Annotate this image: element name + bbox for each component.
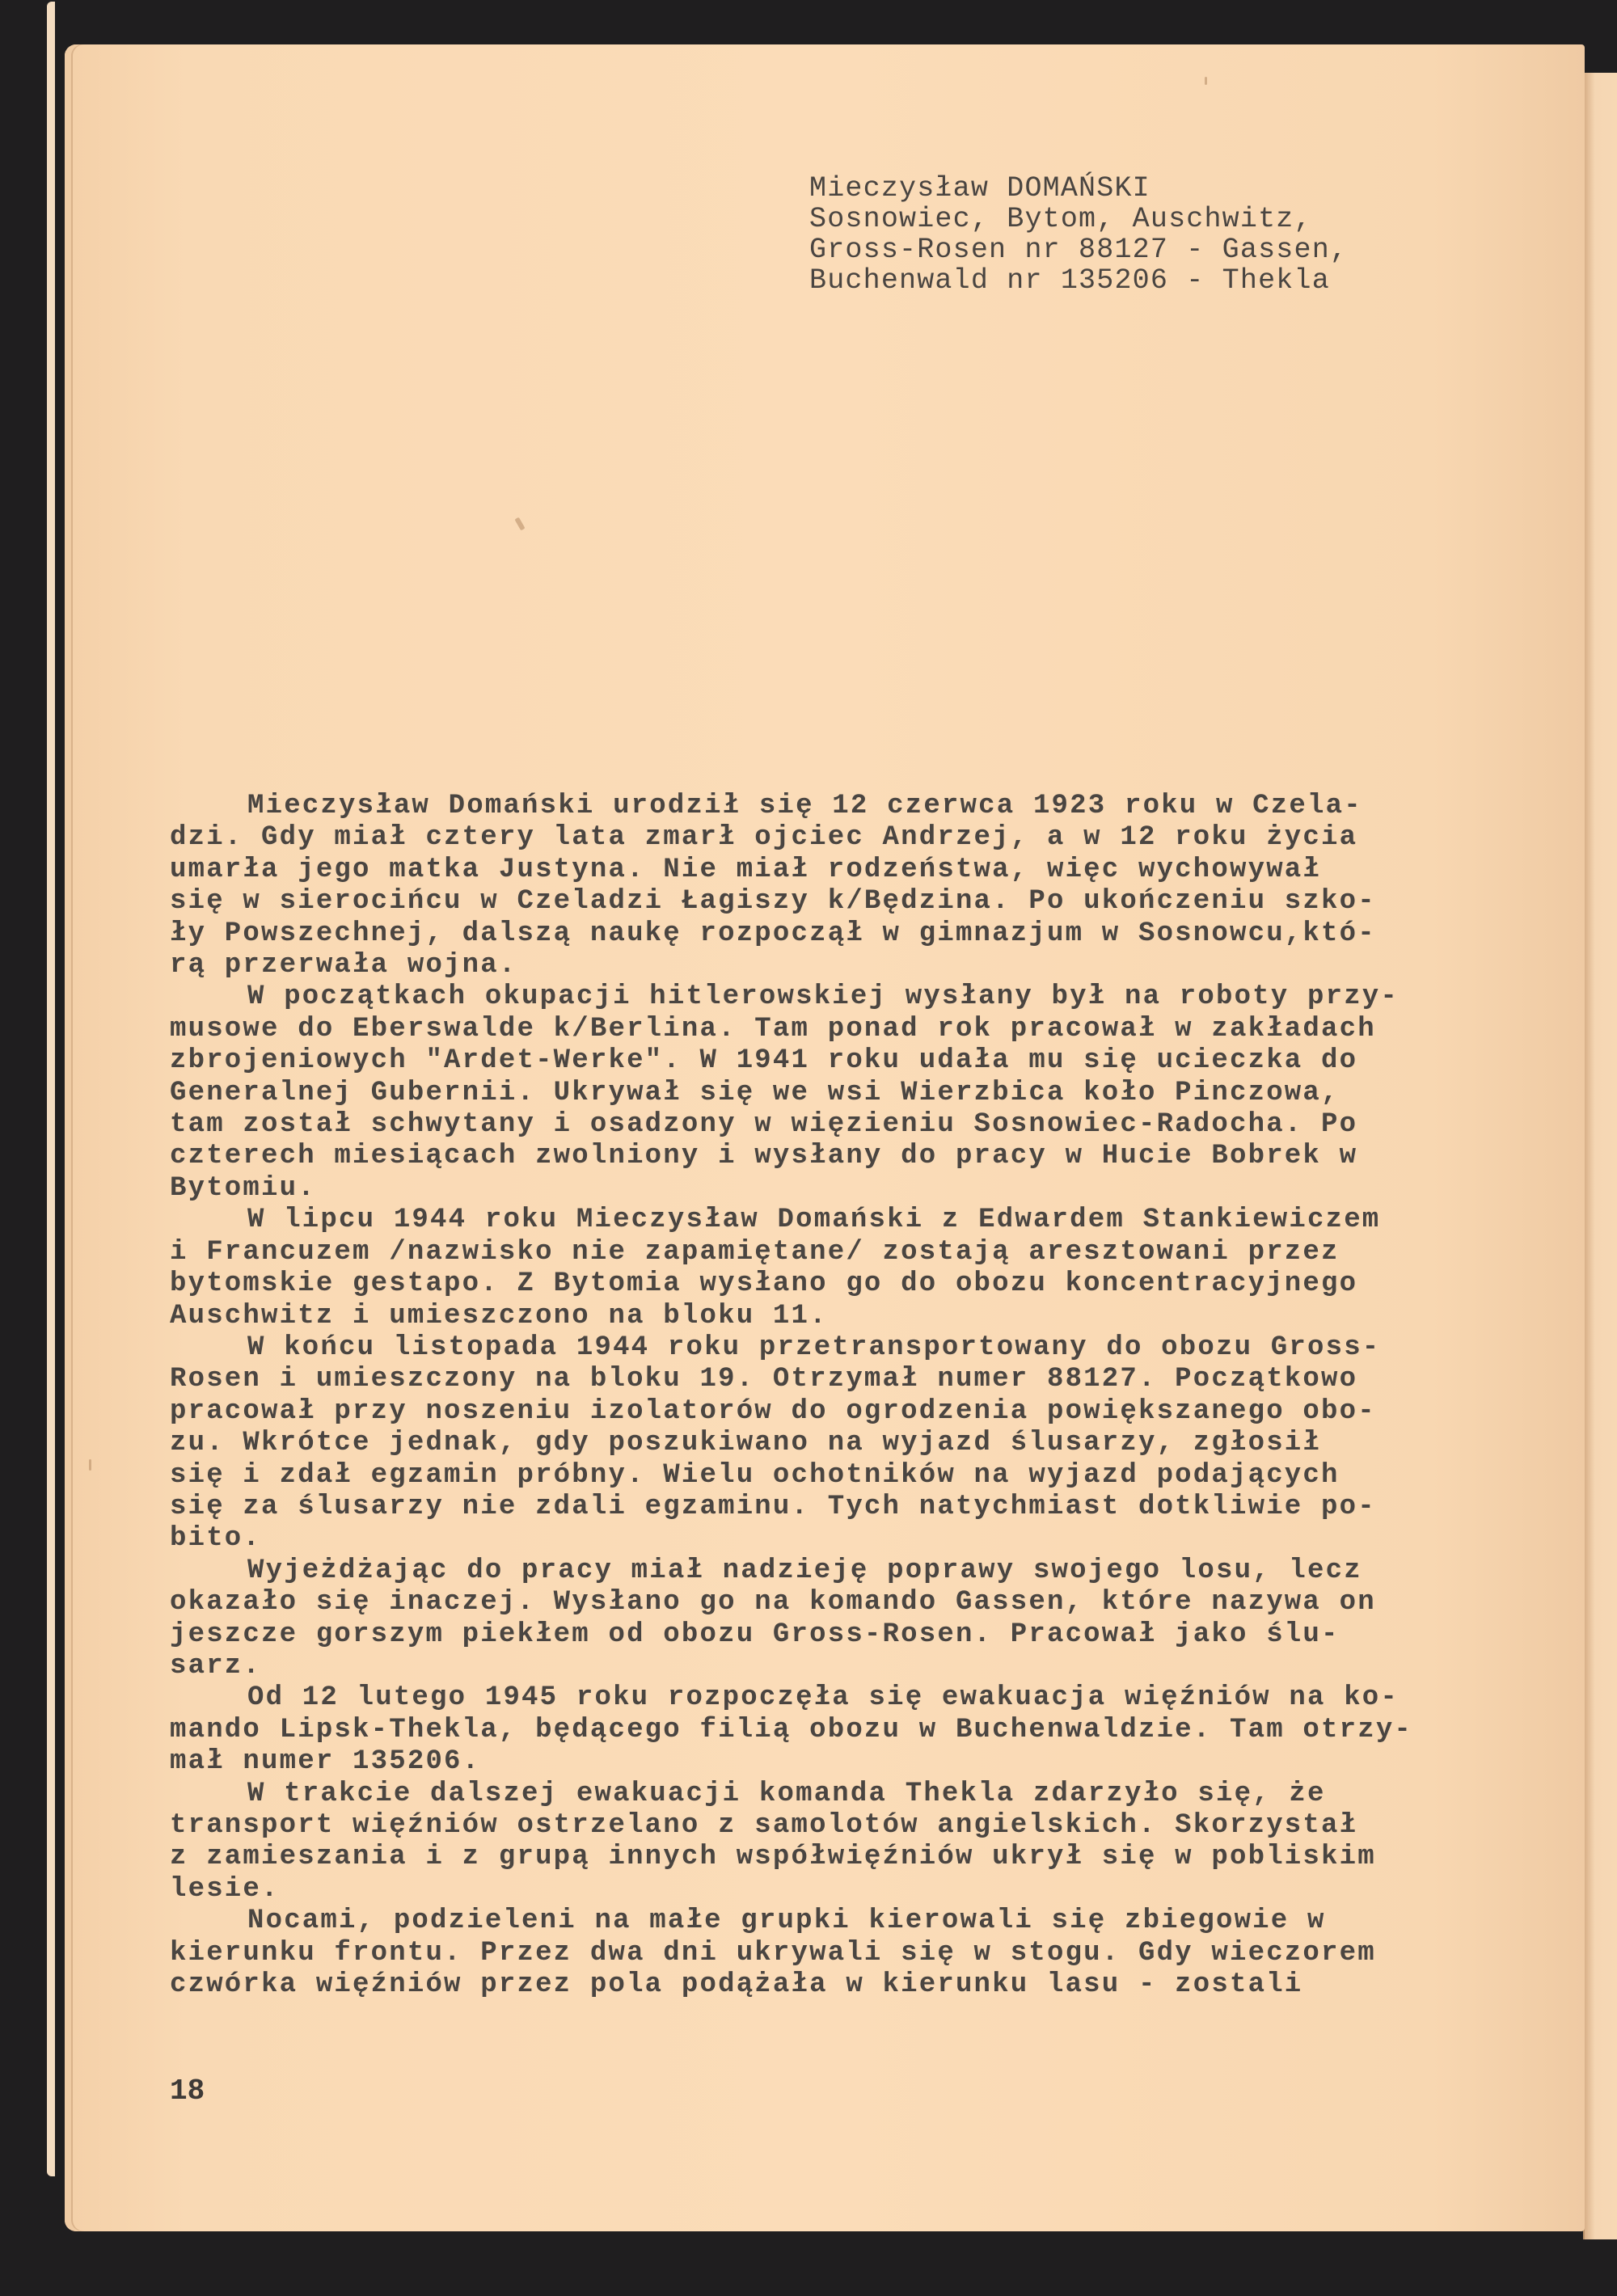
paper-speck — [1205, 77, 1207, 85]
page-stack-edge — [47, 2, 55, 2176]
text-line: mando Lipsk-Thekla, będącego filią obozu… — [170, 1715, 1496, 1746]
text-line: musowe do Eberswalde k/Berlina. Tam pona… — [170, 1014, 1496, 1045]
text-line: jeszcze gorszym piekłem od obozu Gross-R… — [170, 1619, 1496, 1651]
text-line: się i zdał egzamin próbny. Wielu ochotni… — [170, 1460, 1496, 1492]
text-line: okazało się inaczej. Wysłano go na koman… — [170, 1587, 1496, 1619]
text-line: umarła jego matka Justyna. Nie miał rodz… — [170, 855, 1496, 886]
text-line: zbrojeniowych "Ardet-Werke". W 1941 roku… — [170, 1045, 1496, 1077]
document-header: Mieczysław DOMAŃSKI Sosnowiec, Bytom, Au… — [809, 173, 1348, 296]
text-line: się za ślusarzy nie zdali egzaminu. Tych… — [170, 1492, 1496, 1523]
text-line: Rosen i umieszczony na bloku 19. Otrzyma… — [170, 1364, 1496, 1395]
text-line: czwórka więźniów przez pola podążała w k… — [170, 1969, 1496, 2001]
text-line: mał numer 135206. — [170, 1746, 1496, 1778]
text-line: zu. Wkrótce jednak, gdy poszukiwano na w… — [170, 1428, 1496, 1459]
header-name: Mieczysław DOMAŃSKI — [809, 173, 1348, 204]
text-line: rą przerwała wojna. — [170, 950, 1496, 981]
text-line: Nocami, podzieleni na małe grupki kierow… — [170, 1906, 1496, 1937]
text-line: z zamieszania i z grupą innych współwięź… — [170, 1842, 1496, 1873]
text-line: sarz. — [170, 1651, 1496, 1682]
text-line: czterech miesiącach zwolniony i wysłany … — [170, 1141, 1496, 1172]
header-places: Sosnowiec, Bytom, Auschwitz, — [809, 204, 1348, 234]
text-line: lesie. — [170, 1874, 1496, 1906]
text-line: Wyjeżdżając do pracy miał nadzieję popra… — [170, 1555, 1496, 1587]
text-line: W końcu listopada 1944 roku przetranspor… — [170, 1332, 1496, 1364]
text-line: Bytomiu. — [170, 1173, 1496, 1205]
header-gross-rosen: Gross-Rosen nr 88127 - Gassen, — [809, 234, 1348, 265]
text-line: pracował przy noszeniu izolatorów do ogr… — [170, 1396, 1496, 1428]
page-number: 18 — [170, 2074, 205, 2108]
paper-speck — [514, 517, 525, 531]
text-line: i Francuzem /nazwisko nie zapamiętane/ z… — [170, 1237, 1496, 1268]
text-line: Mieczysław Domański urodził się 12 czerw… — [170, 791, 1496, 822]
facing-page-edge — [1583, 73, 1617, 2239]
text-line: W początkach okupacji hitlerowskiej wysł… — [170, 981, 1496, 1013]
text-line: Auschwitz i umieszczono na bloku 11. — [170, 1301, 1496, 1332]
text-line: bito. — [170, 1523, 1496, 1555]
text-line: Generalnej Gubernii. Ukrywał się we wsi … — [170, 1078, 1496, 1109]
paper-speck — [89, 1459, 91, 1471]
document-body: Mieczysław Domański urodził się 12 czerw… — [170, 791, 1496, 2001]
text-line: dzi. Gdy miał cztery lata zmarł ojciec A… — [170, 822, 1496, 854]
text-line: ły Powszechnej, dalszą naukę rozpoczął w… — [170, 918, 1496, 950]
text-line: transport więźniów ostrzelano z samolotó… — [170, 1810, 1496, 1842]
text-line: W lipcu 1944 roku Mieczysław Domański z … — [170, 1205, 1496, 1236]
header-buchenwald: Buchenwald nr 135206 - Thekla — [809, 265, 1348, 296]
text-line: kierunku frontu. Przez dwa dni ukrywali … — [170, 1938, 1496, 1969]
text-line: tam został schwytany i osadzony w więzie… — [170, 1109, 1496, 1141]
text-line: W trakcie dalszej ewakuacji komanda Thek… — [170, 1779, 1496, 1810]
text-line: bytomskie gestapo. Z Bytomia wysłano go … — [170, 1268, 1496, 1300]
text-line: się w sierocińcu w Czeladzi Łagiszy k/Bę… — [170, 886, 1496, 918]
text-line: Od 12 lutego 1945 roku rozpoczęła się ew… — [170, 1682, 1496, 1714]
